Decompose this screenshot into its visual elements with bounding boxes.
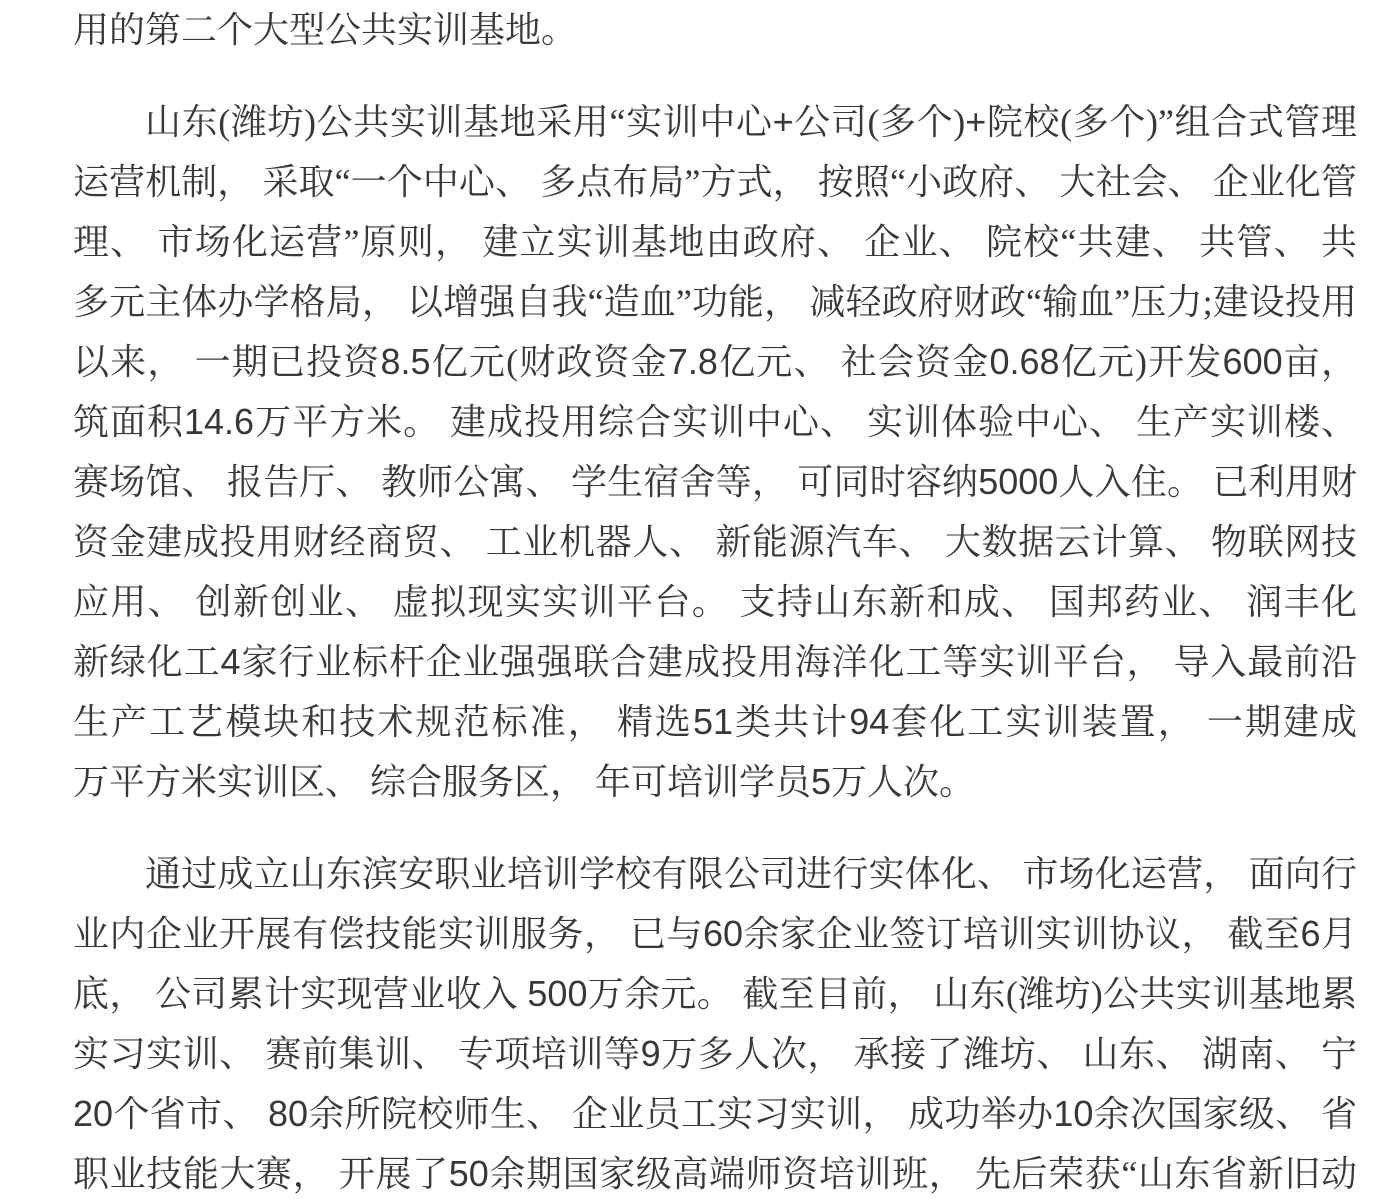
text-line: 实习实训、 赛前集训、 专项培训等9万多人次， 承接了潍坊、 山东、 湖南、 宁… bbox=[73, 1024, 1357, 1084]
numeral: 9 bbox=[641, 1033, 661, 1074]
numeral: 80 bbox=[268, 1093, 308, 1134]
numeral: 94 bbox=[849, 701, 889, 742]
text-line: 底， 公司累计实现营业收入 500万余元。 截至目前， 山东(潍坊)公共实训基地… bbox=[73, 964, 1357, 1024]
text-line: 多元主体办学格局， 以增强自我“造血”功能， 减轻政府财政“输血”压力;建设投用 bbox=[73, 272, 1357, 332]
paragraph-operation-results: 通过成立山东滨安职业培训学校有限公司进行实体化、 市场化运营， 面向行业内企业开… bbox=[73, 844, 1357, 1199]
paragraph-intro-tail: 用的第二个大型公共实训基地。 bbox=[73, 0, 1357, 60]
numeral: 5000 bbox=[978, 461, 1058, 502]
text-line: 万平方米实训区、 综合服务区， 年可培训学员5万人次。 bbox=[73, 752, 1357, 812]
text-line: 资金建成投用财经商贸、 工业机器人、 新能源汽车、 大数据云计算、 物联网技术 bbox=[73, 512, 1357, 572]
numeral: 14.6 bbox=[184, 401, 254, 442]
text-line: 以来， 一期已投资8.5亿元(财政资金7.8亿元、 社会资金0.68亿元)开发6… bbox=[73, 332, 1357, 392]
text-line: 筑面积14.6万平方米。 建成投用综合实训中心、 实训体验中心、 生产实训楼、 … bbox=[73, 392, 1357, 452]
text-line: 赛场馆、 报告厅、 教师公寓、 学生宿舍等， 可同时容纳5000人入住。 已利用… bbox=[73, 452, 1357, 512]
text-line: 通过成立山东滨安职业培训学校有限公司进行实体化、 市场化运营， 面向行 bbox=[73, 844, 1357, 904]
numeral: 51 bbox=[693, 701, 733, 742]
numeral: 7.8 bbox=[668, 341, 718, 382]
text-line: 职业技能大赛， 开展了50余期国家级高端师资培训班， 先后荣获“山东省新旧动能 bbox=[73, 1144, 1357, 1199]
numeral: 50 bbox=[449, 1153, 489, 1194]
text-line: 业内企业开展有偿技能实训服务， 已与60余家企业签订培训实训协议， 截至6月 bbox=[73, 904, 1357, 964]
text-line: 新绿化工4家行业标杆企业强强联合建成投用海洋化工等实训平台， 导入最前沿的 bbox=[73, 632, 1357, 692]
text-line: 理、 市场化运营”原则， 建立实训基地由政府、 企业、 院校“共建、 共管、 共… bbox=[73, 212, 1357, 272]
numeral: 600 bbox=[1223, 341, 1283, 382]
numeral: + bbox=[773, 101, 794, 142]
text-line: 20个省市、 80余所院校师生、 企业员工实习实训， 成功举办10余次国家级、 … bbox=[73, 1084, 1357, 1144]
numeral: 20 bbox=[73, 1093, 113, 1134]
numeral: 6 bbox=[1300, 913, 1320, 954]
paragraph-base-overview: 山东(潍坊)公共实训基地采用“实训中心+公司(多个)+院校(多个)”组合式管理运… bbox=[73, 92, 1357, 812]
numeral: 60 bbox=[703, 913, 743, 954]
document-body: 用的第二个大型公共实训基地。山东(潍坊)公共实训基地采用“实训中心+公司(多个)… bbox=[73, 0, 1357, 1199]
text-line: 应用、 创新创业、 虚拟现实实训平台。 支持山东新和成、 国邦药业、 润丰化工、 bbox=[73, 572, 1357, 632]
numeral: 10 bbox=[1053, 1093, 1093, 1134]
numeral: + bbox=[965, 101, 986, 142]
text-line: 生产工艺模块和技术规范标准， 精选51类共计94套化工实训装置， 一期建成1.2… bbox=[73, 692, 1357, 752]
numeral: 5 bbox=[811, 761, 831, 802]
numeral: 500 bbox=[527, 973, 587, 1014]
numeral: 4 bbox=[221, 641, 241, 682]
numeral: 0.68 bbox=[989, 341, 1059, 382]
document-page: 用的第二个大型公共实训基地。山东(潍坊)公共实训基地采用“实训中心+公司(多个)… bbox=[0, 0, 1395, 1199]
numeral: 8.5 bbox=[381, 341, 431, 382]
text-line: 山东(潍坊)公共实训基地采用“实训中心+公司(多个)+院校(多个)”组合式管理 bbox=[73, 92, 1357, 152]
text-line: 运营机制， 采取“一个中心、 多点布局”方式， 按照“小政府、 大社会、 企业化… bbox=[73, 152, 1357, 212]
text-line: 用的第二个大型公共实训基地。 bbox=[73, 0, 1357, 60]
